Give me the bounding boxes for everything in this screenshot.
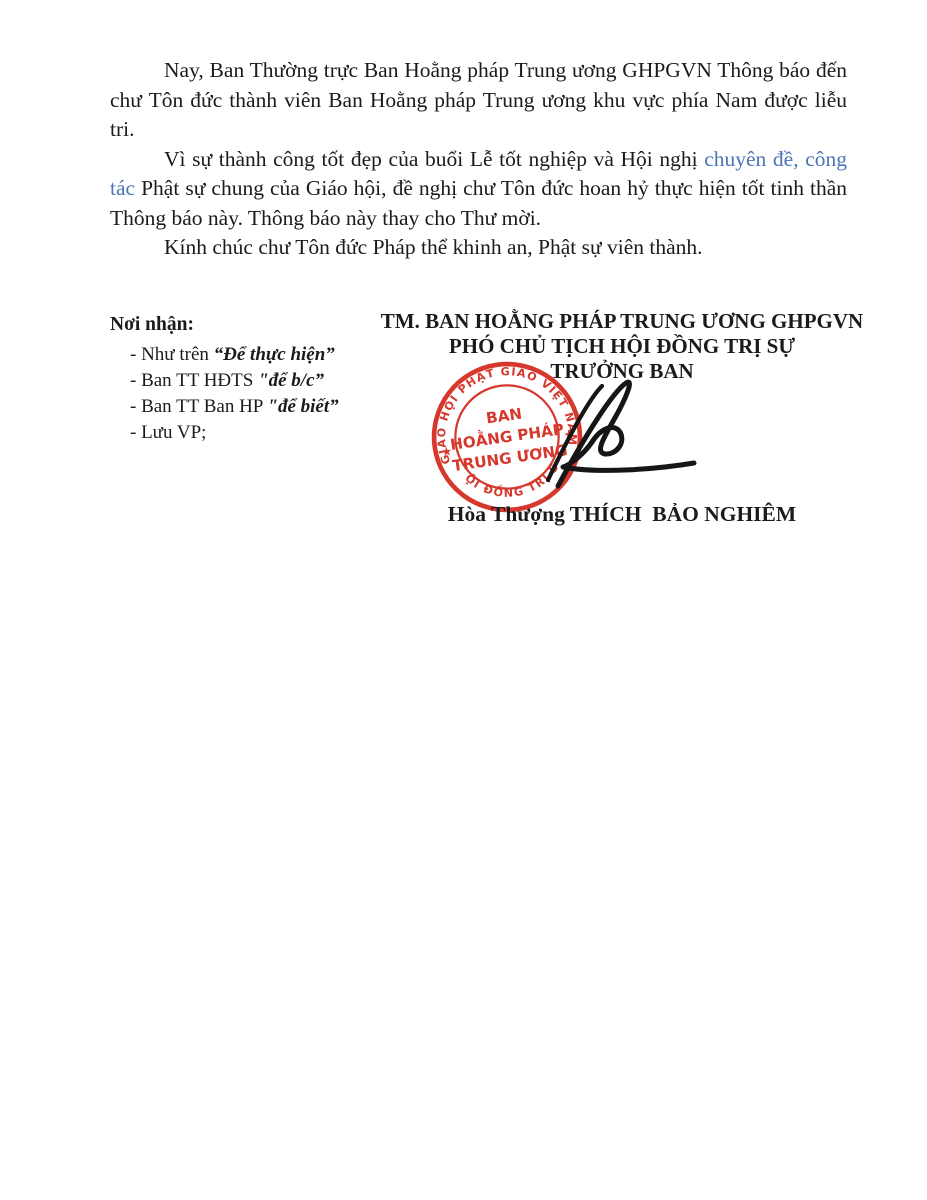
- recipient-item: - Lưu VP;: [110, 420, 410, 446]
- paragraph-request-text-1: Vì sự thành công tốt đẹp của buổi Lễ tốt…: [164, 147, 704, 171]
- recipient-note: "để b/c”: [258, 370, 324, 391]
- document-page: Nay, Ban Thường trực Ban Hoằng pháp Trun…: [0, 0, 927, 1200]
- recipients-block: Nơi nhận: - Như trên “Để thực hiện” - Ba…: [110, 314, 410, 446]
- recipient-label: - Ban TT HĐTS: [130, 370, 258, 391]
- signatory-name: Hòa Thượng THÍCH BẢO NGHIÊM: [378, 502, 866, 527]
- recipient-item: - Như trên “Để thực hiện”: [110, 342, 410, 368]
- paragraph-request: Vì sự thành công tốt đẹp của buổi Lễ tốt…: [110, 145, 847, 234]
- recipient-note: "để biết”: [267, 396, 338, 417]
- recipients-heading: Nơi nhận:: [110, 314, 410, 336]
- recipient-item: - Ban TT Ban HP "để biết”: [110, 394, 410, 420]
- paragraph-request-text-2: Phật sự chung của Giáo hội, đề nghị chư …: [110, 176, 847, 230]
- handwritten-signature: [518, 366, 723, 501]
- recipient-note: “Để thực hiện”: [214, 344, 335, 365]
- letter-body: Nay, Ban Thường trực Ban Hoằng pháp Trun…: [110, 56, 847, 263]
- paragraph-announcement: Nay, Ban Thường trực Ban Hoằng pháp Trun…: [110, 56, 847, 145]
- signature-heading-line1: TM. BAN HOẰNG PHÁP TRUNG ƯƠNG GHPGVN: [378, 309, 866, 334]
- recipient-label: - Như trên: [130, 344, 214, 365]
- recipient-label: - Lưu VP;: [130, 422, 206, 443]
- signature-scribble-icon: [518, 366, 723, 501]
- recipient-item: - Ban TT HĐTS "để b/c”: [110, 368, 410, 394]
- recipient-label: - Ban TT Ban HP: [130, 396, 267, 417]
- paragraph-closing-wish: Kính chúc chư Tôn đức Pháp thể khinh an,…: [110, 233, 847, 263]
